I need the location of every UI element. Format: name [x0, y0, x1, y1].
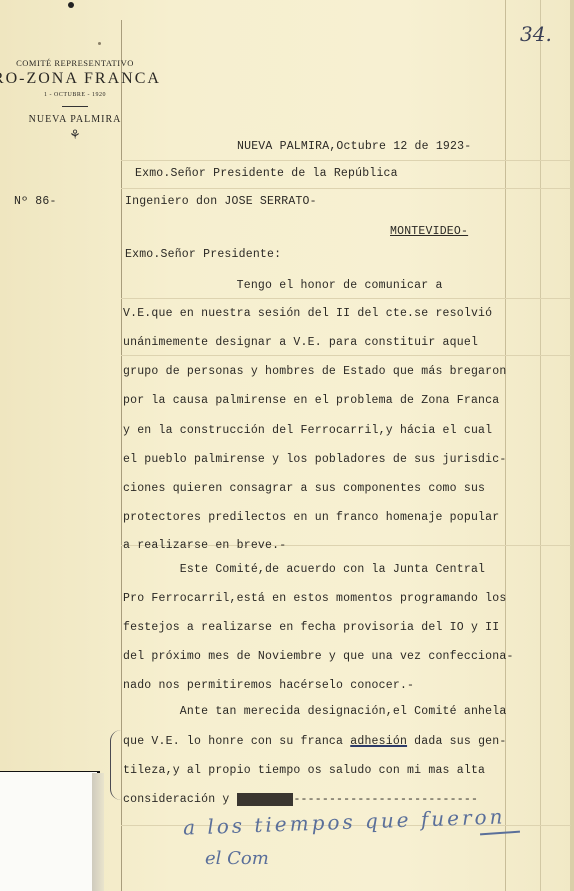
- body-line: Tengo el honor de comunicar a: [123, 279, 443, 292]
- handwritten-note-line-2: el Com: [205, 848, 269, 869]
- reference-number: Nº 86-: [14, 195, 57, 208]
- underlined-word: adhesión: [350, 735, 407, 748]
- underlying-page: [0, 772, 97, 891]
- letterhead-city: NUEVA PALMIRA: [0, 114, 160, 125]
- fold-line: [540, 0, 541, 891]
- body-line: ciones quieren consagrar a sus component…: [123, 482, 485, 495]
- handwritten-dash: [480, 831, 520, 836]
- body-line: y en la construcción del Ferrocarril,y h…: [123, 424, 492, 437]
- recipient-line-2: Ingeniero don JOSE SERRATO-: [125, 195, 317, 208]
- punch-hole: [68, 2, 74, 8]
- dateline: NUEVA PALMIRA,Octubre 12 de 1923-: [237, 140, 471, 153]
- body-line: por la causa palmirense en el problema d…: [123, 394, 499, 407]
- body-line: Ante tan merecida designación,el Comité …: [123, 705, 506, 718]
- page-shadow: [92, 773, 104, 891]
- body-line: festejos a realizarse en fecha provisori…: [123, 621, 499, 634]
- margin-rule: [121, 20, 122, 891]
- letterhead: COMITÉ REPRESENTATIVO PRO-ZONA FRANCA 1 …: [0, 58, 160, 143]
- ruled-line: [121, 160, 571, 161]
- fold-line: [505, 0, 506, 891]
- body-line: tileza,y al propio tiempo os saludo con …: [123, 764, 485, 777]
- body-line: Este Comité,de acuerdo con la Junta Cent…: [123, 563, 485, 576]
- body-line: que V.E. lo honre con su franca adhesión…: [123, 735, 506, 748]
- body-line: Pro Ferrocarril,está en estos momentos p…: [123, 592, 506, 605]
- fleur-icon: ⚘: [0, 127, 160, 143]
- ink-dot: [98, 42, 101, 45]
- body-line: consideración y respeto.----------------…: [123, 793, 478, 806]
- letterhead-founded: 1 - OCTUBRE - 1920: [0, 92, 160, 98]
- handwritten-note-line-1: a los tiempos que fueron: [183, 804, 506, 839]
- body-line: protectores predilectos en un franco hom…: [123, 511, 499, 524]
- body-line: V.E.que en nuestra sesión del II del cte…: [123, 307, 492, 320]
- letterhead-committee: COMITÉ REPRESENTATIVO: [0, 58, 160, 68]
- folio-number: 34.: [520, 22, 552, 46]
- body-line: grupo de personas y hombres de Estado qu…: [123, 365, 506, 378]
- letterhead-name: PRO-ZONA FRANCA: [0, 70, 160, 88]
- margin-bracket-mark: [110, 730, 121, 800]
- salutation: Exmo.Señor Presidente:: [125, 248, 281, 261]
- body-line: a realizarse en breve.-: [123, 539, 286, 552]
- letter-page: COMITÉ REPRESENTATIVO PRO-ZONA FRANCA 1 …: [0, 0, 574, 891]
- struck-out-word: respeto.: [237, 793, 294, 806]
- ruled-line: [121, 355, 571, 356]
- ruled-line: [121, 188, 571, 189]
- body-line: unánimemente designar a V.E. para consti…: [123, 336, 478, 349]
- letterhead-rule: [62, 106, 88, 107]
- body-line: nado nos permitiremos hacérselo conocer.…: [123, 679, 414, 692]
- ruled-line: [121, 298, 571, 299]
- body-line: el pueblo palmirense y los pobladores de…: [123, 453, 506, 466]
- body-line: del próximo mes de Noviembre y que una v…: [123, 650, 514, 663]
- recipient-city: MONTEVIDEO-: [390, 225, 468, 238]
- page-edge: [570, 0, 574, 891]
- recipient-line-1: Exmo.Señor Presidente de la República: [135, 167, 398, 180]
